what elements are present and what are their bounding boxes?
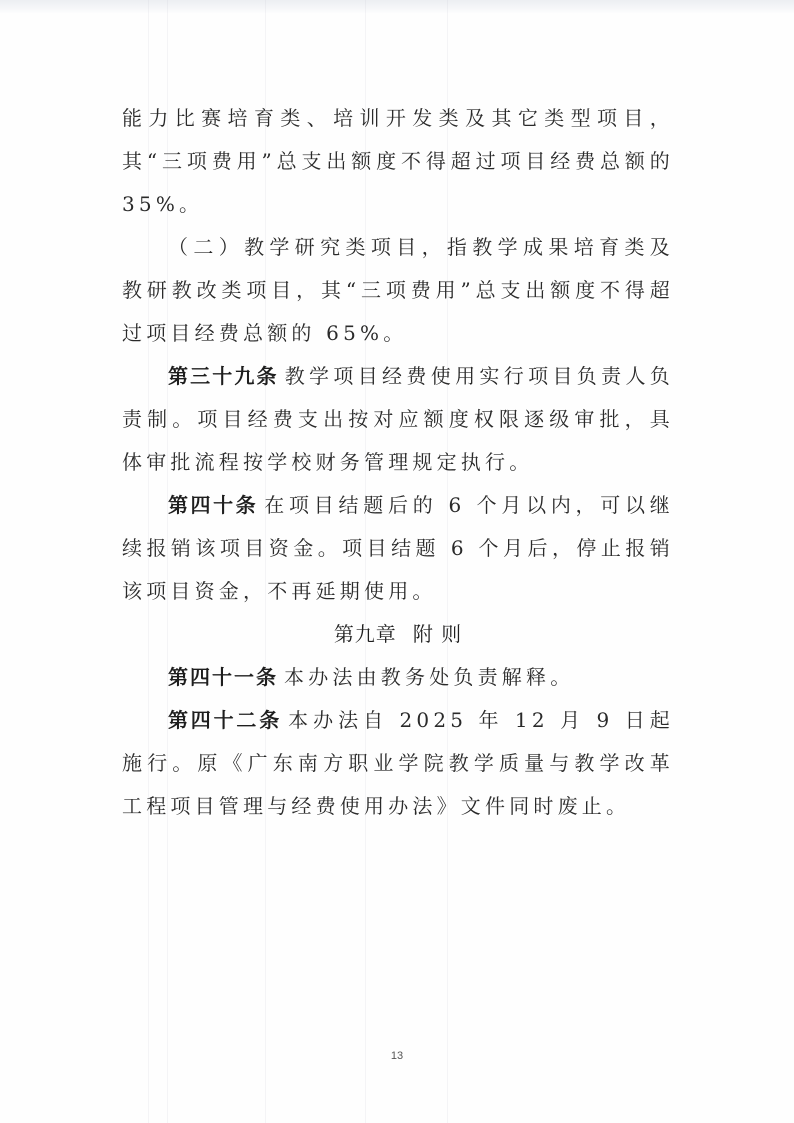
chapter-number: 第九章 xyxy=(334,622,397,646)
paragraph-text: （二）教学研究类项目，指教学成果培育类及教研教改类项目，其“三项费用”总支出额度… xyxy=(122,235,674,345)
chapter-heading: 第九章附 则 xyxy=(122,613,674,656)
article-39: 第三十九条教学项目经费使用实行项目负责人负责制。项目经费支出按对应额度权限逐级审… xyxy=(122,355,674,484)
article-40: 第四十条在项目结题后的 6 个月以内，可以继续报销该项目资金。项目结题 6 个月… xyxy=(122,484,674,613)
article-41: 第四十一条本办法由教务处负责解释。 xyxy=(122,656,674,699)
document-body: 能力比赛培育类、培训开发类及其它类型项目，其“三项费用”总支出额度不得超过项目经… xyxy=(122,97,674,828)
chapter-title: 附 则 xyxy=(413,622,462,646)
article-label: 第三十九条 xyxy=(168,364,279,388)
article-42: 第四十二条本办法自 2025 年 12 月 9 日起施行。原《广东南方职业学院教… xyxy=(122,699,674,828)
article-label: 第四十一条 xyxy=(168,665,278,689)
article-text: 本办法由教务处负责解释。 xyxy=(284,665,574,689)
article-label: 第四十条 xyxy=(168,493,258,517)
scan-edge-shadow xyxy=(0,0,794,14)
paragraph-text: 能力比赛培育类、培训开发类及其它类型项目，其“三项费用”总支出额度不得超过项目经… xyxy=(122,106,674,216)
paragraph-teaching-research: （二）教学研究类项目，指教学成果培育类及教研教改类项目，其“三项费用”总支出额度… xyxy=(122,226,674,355)
page-number: 13 xyxy=(0,1050,794,1062)
article-label: 第四十二条 xyxy=(168,708,282,732)
paragraph-continuation: 能力比赛培育类、培训开发类及其它类型项目，其“三项费用”总支出额度不得超过项目经… xyxy=(122,97,674,226)
